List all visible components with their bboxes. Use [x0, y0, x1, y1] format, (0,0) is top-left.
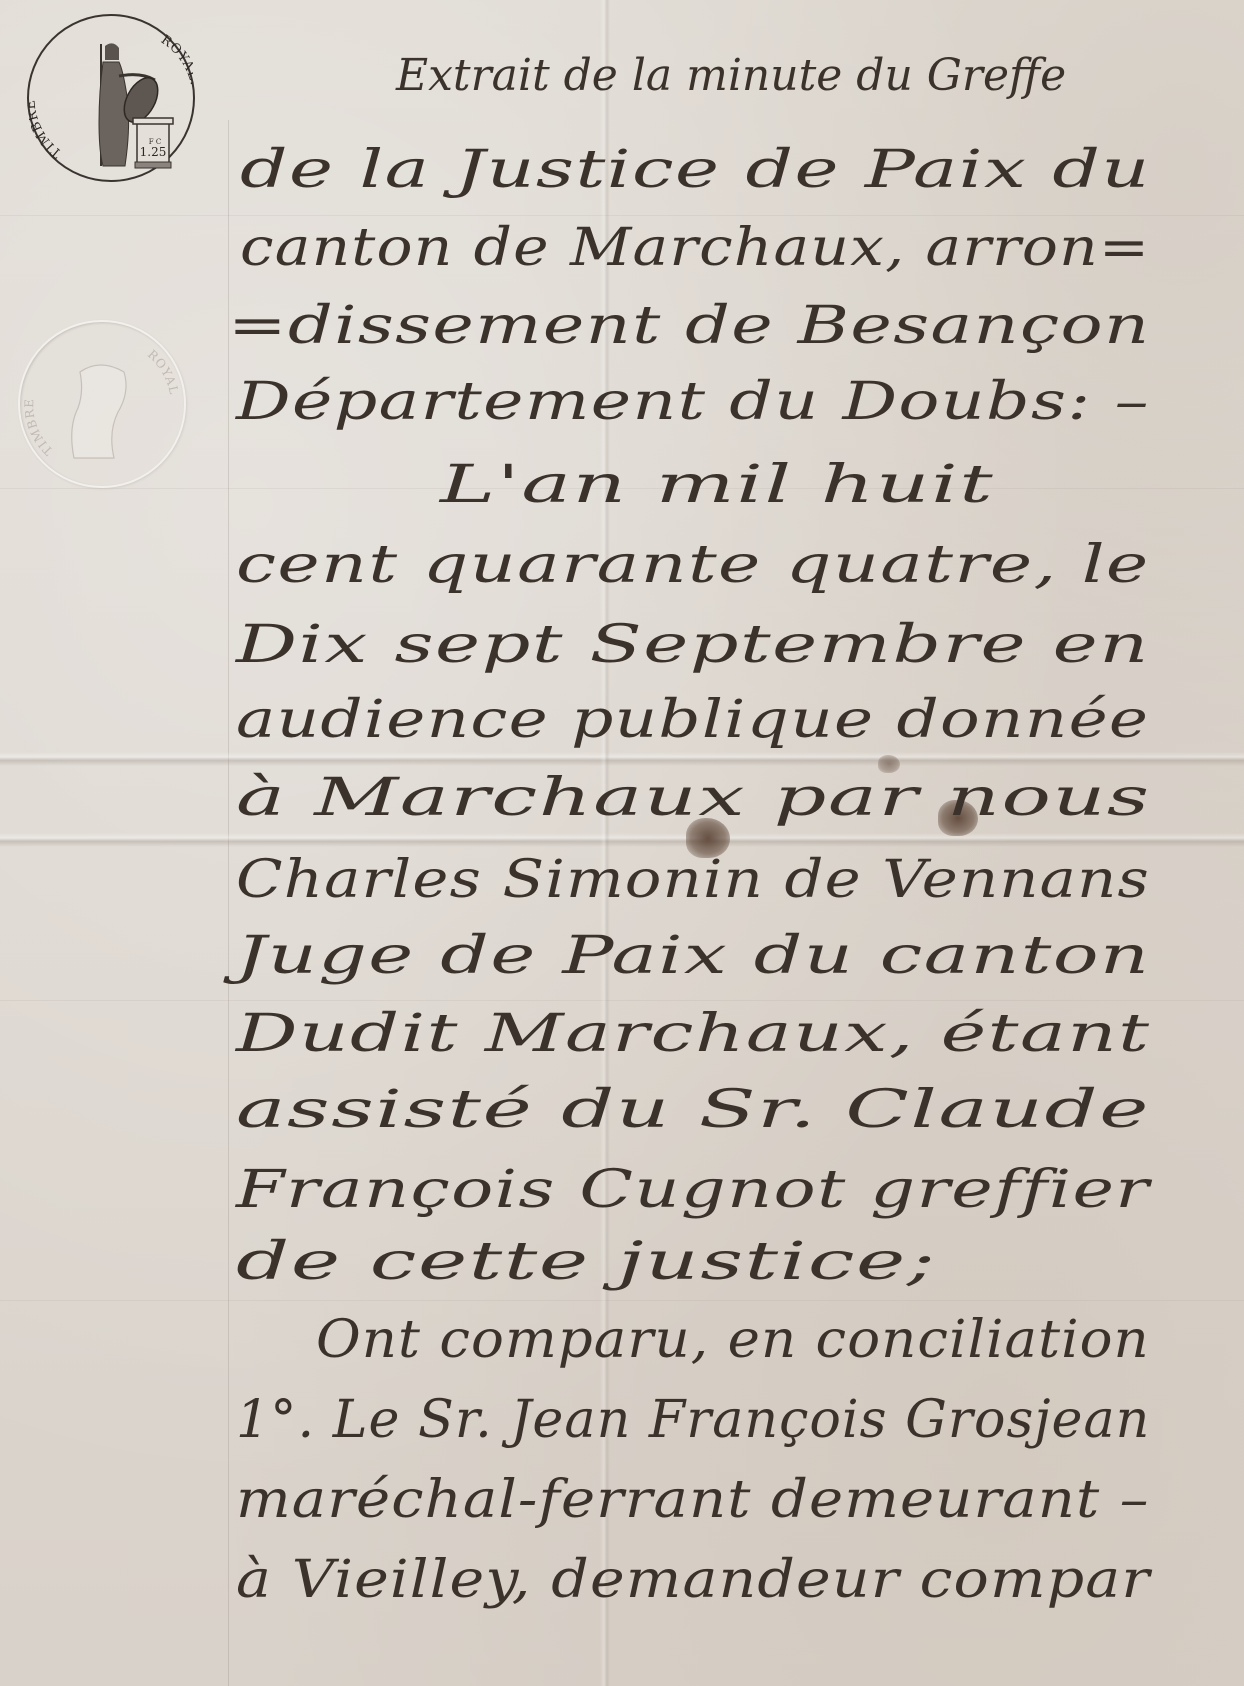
ruled-line: [0, 1300, 1244, 1301]
text-line-15: de cette justice;: [236, 1232, 937, 1292]
text-line-17: 1°. Le Sr. Jean François Grosjean: [236, 1390, 1150, 1450]
text-line-6: cent quarante quatre, le: [236, 535, 1150, 595]
text-line-4: Département du Doubs: –: [236, 372, 1150, 432]
svg-text:TIMBRE: TIMBRE: [29, 98, 65, 160]
text-line-12: Dudit Marchaux, étant: [236, 1004, 1151, 1064]
stamp-right-text: ROYAL.: [158, 32, 193, 87]
seal-right-text: ROYAL: [145, 347, 181, 396]
embossed-figure-icon: TIMBRE ROYAL: [20, 322, 184, 486]
text-line-7: Dix sept Septembre en: [236, 615, 1150, 675]
text-line-13: assisté du Sr. Claude: [236, 1080, 1150, 1140]
text-line-5: L'an mil huit: [440, 455, 994, 515]
svg-text:TIMBRE: TIMBRE: [22, 398, 55, 458]
ruled-line: [0, 1000, 1244, 1001]
embossed-dry-seal: TIMBRE ROYAL: [18, 320, 186, 488]
text-line-8: audience publique donnée: [236, 690, 1149, 750]
text-line-19: à Vieilley, demandeur compar: [236, 1550, 1151, 1610]
text-line-9: à Marchaux par nous: [236, 768, 1151, 828]
timbre-royal-stamp: TIMBRE ROYAL. F C 1.25: [27, 14, 195, 182]
svg-text:ROYAL: ROYAL: [145, 347, 181, 396]
minerva-figure-icon: TIMBRE ROYAL. F C 1.25: [29, 16, 193, 180]
text-line-10: Charles Simonin de Vennans: [236, 850, 1150, 910]
text-line-18: maréchal-ferrant demeurant –: [236, 1470, 1150, 1530]
text-line-3: =dissement de Besançon: [228, 296, 1150, 356]
horizontal-fold: [0, 833, 1244, 847]
text-line-2: canton de Marchaux, arron=: [240, 218, 1150, 278]
document-heading: Extrait de la minute du Greffe: [396, 50, 1066, 101]
seal-left-text: TIMBRE: [22, 398, 55, 458]
svg-text:ROYAL.: ROYAL.: [158, 32, 193, 87]
horizontal-fold: [0, 752, 1244, 766]
text-line-16: Ont comparu, en conciliation: [316, 1310, 1150, 1370]
ruled-line: [0, 215, 1244, 216]
stamp-left-text: TIMBRE: [29, 98, 65, 160]
text-line-1: de la Justice de Paix du: [240, 140, 1151, 200]
paper-sheet: TIMBRE ROYAL. F C 1.25 TIMBRE: [0, 0, 1244, 1686]
text-line-11: Juge de Paix du canton: [236, 926, 1150, 986]
text-line-14: François Cugnot greffier: [236, 1160, 1150, 1220]
stamp-value: 1.25: [140, 145, 167, 159]
